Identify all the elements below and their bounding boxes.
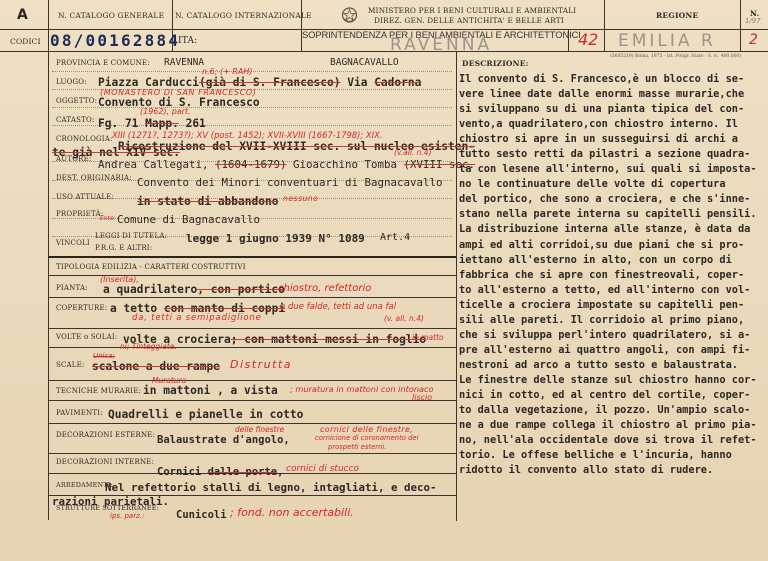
volte-label: VOLTE o SOLAI:	[56, 333, 117, 341]
rule-desc	[456, 51, 457, 521]
autore-label: AUTORE:	[56, 155, 92, 163]
luogo-label: LUOGO:	[56, 78, 87, 86]
pianta-value: a quadrilatero, con portico	[103, 283, 285, 296]
catasto-note: (1962), part.	[140, 107, 191, 116]
tecniche-text: in mattoni , a vista	[143, 384, 278, 397]
proprieta-note: Ente:	[100, 215, 116, 222]
decorazioni-interne-struck: dalle porte	[208, 466, 278, 478]
ministry-line-2: DIREZ. GEN. DELLE ANTICHITA' E BELLE ART…	[374, 16, 564, 25]
dest-originaria-label: DEST. ORIGINARIA:	[56, 174, 132, 182]
header-rule-2	[0, 51, 768, 52]
catasto-text-b: 261	[179, 117, 206, 130]
coperture-note-3: (v. all. n.4)	[384, 314, 424, 323]
pianta-text: a quadrilatero	[103, 283, 197, 296]
decorazioni-esterne-label: DECORAZIONI ESTERNE:	[56, 431, 155, 439]
autore-text-b: Gioacchino Tomba	[287, 158, 404, 171]
decorazioni-esterne-note-3: prospetti esterni.	[328, 443, 386, 451]
vincoli-label: VINCOLI	[56, 239, 90, 247]
descrizione-line: ampi ed alti corridoi,su due piani che s…	[459, 238, 764, 253]
scale-note-top: Unica;	[93, 352, 115, 360]
catalogo-internazionale-label: N. CATALOGO INTERNAZIONALE	[175, 11, 312, 20]
prg-label: P.R.G. E ALTRI:	[95, 244, 152, 252]
descrizione-line: to all'esterno a tetto, ed all'interno c…	[459, 283, 764, 298]
uso-attuale-struck: in stato di abbandono	[137, 195, 278, 208]
decorazioni-esterne-note-2: cornicione di coronamento dei	[315, 434, 418, 442]
tecniche-note-2: liscio	[412, 393, 432, 402]
provincia-value: RAVENNA	[164, 57, 204, 68]
descrizione-line: to dalla vegetazione, il pozzo. Un'ampio…	[459, 403, 764, 418]
strutture-note-left: ips. parz.:	[110, 512, 144, 520]
descrizione-line: del portico, che sono a crociera, e che …	[459, 192, 764, 207]
rule-regione	[604, 0, 605, 51]
rule-dec-est	[48, 453, 456, 454]
rule-n	[740, 0, 741, 51]
provincia-label: PROVINCIA E COMUNE:	[56, 59, 150, 67]
coperture-note: a due falde, tetti ad una fal	[280, 302, 396, 312]
strutture-label: STRUTTURE SOTTERRANEE:	[56, 504, 159, 512]
proprieta-value: Comune di Bagnacavallo	[117, 213, 260, 226]
tipologia-label: TIPOLOGIA EDILIZIA - CARATTERI COSTRUTTI…	[56, 263, 246, 271]
descrizione-label: DESCRIZIONE:	[462, 59, 529, 68]
pavimenti-label: PAVIMENTI:	[56, 409, 103, 417]
vincoli-law: legge 1 giugno 1939 N° 1089	[186, 232, 365, 245]
cronologia-label: CRONOLOGIA:	[56, 135, 113, 143]
soprintendenza-code: 42	[578, 30, 598, 49]
rule-cat-int	[301, 0, 302, 51]
autore-struck: (1604-1679)	[215, 158, 287, 171]
uso-attuale-note: nessuno	[283, 194, 318, 203]
regione-value: EMILIA R	[618, 31, 716, 51]
provincia-text: RAVENNA	[164, 57, 204, 68]
uso-attuale-label: USO ATTUALE:	[56, 193, 114, 201]
decorazioni-esterne-note: cornici delle finestre,	[320, 425, 413, 434]
decorazioni-esterne-value: Balaustrate d'angolo,	[157, 434, 290, 446]
decorazioni-interne-label: DECORAZIONI INTERNE:	[56, 458, 154, 466]
coperture-note-2: da, tetti a semipadiglione	[132, 313, 262, 323]
pianta-note: chiostro, refettorio	[278, 283, 371, 294]
catasto-label: CATASTO:	[56, 116, 95, 124]
descrizione-line: pre all'esterno ai quattro angoli, con a…	[459, 343, 764, 358]
volte-note: in matto	[412, 333, 444, 342]
dest-originaria-value: Convento dei Minori conventuari di Bagna…	[137, 176, 443, 189]
rule-pianta	[48, 297, 456, 298]
decorazioni-interne-text-b: ,	[277, 466, 283, 478]
n-note: 1/97	[745, 17, 761, 25]
cronologia-note-2: (v.all. n.4)	[394, 148, 432, 157]
pavimenti-text: Quadrelli e pianelle in cotto	[108, 408, 303, 421]
decorazioni-interne-note: cornici di stucco	[286, 464, 359, 474]
strutture-value: Cunicoli	[176, 509, 227, 521]
catalogo-generale-value: 08/00162884	[50, 31, 180, 50]
descrizione-line: Il convento di S. Francesco,è un blocco …	[459, 72, 764, 87]
left-column-rule	[48, 0, 49, 520]
rule-scale	[48, 380, 456, 381]
descrizione-line: La distribuzione interna alle stanze, è …	[459, 222, 764, 237]
luogo-note: n.6; (+ RAH)	[202, 67, 252, 76]
descrizione-text: Il convento di S. Francesco,è un blocco …	[459, 72, 764, 478]
printer-note: (5605219) Roma, 1975 - Ist. Poligr. Stat…	[610, 54, 741, 59]
decorazioni-interne-value: Cornici dalle porte,	[157, 466, 283, 478]
catasto-value: Fg. 71 Mapp. 261	[98, 117, 206, 130]
vincoli-value: legge 1 giugno 1939 N° 1089	[186, 232, 365, 245]
catasto-struck: Mapp.	[145, 117, 179, 130]
cronologia-note: XIII (1271?, 1273?); XV (post. 1452); XV…	[112, 130, 383, 140]
vincoli-article: Art.4	[380, 232, 410, 243]
rule-pavimenti	[48, 423, 456, 424]
scale-note: Distrutta	[230, 358, 292, 371]
codici-label: CODICI	[10, 37, 41, 46]
leggi-tutela-label: LEGGI DI TUTELA:	[95, 232, 167, 240]
rule-volte	[48, 347, 456, 348]
descrizione-line: che si sviluppa perl'intero quadrilatero…	[459, 328, 764, 343]
oggetto-label: OGGETTO:	[56, 97, 97, 105]
catalogo-generale-label: N. CATALOGO GENERALE	[58, 11, 164, 20]
italian-republic-emblem-icon	[341, 6, 358, 25]
descrizione-line: fabbrica che si apre con finestreovali, …	[459, 268, 764, 283]
strutture-note: ; fond. non accertabili.	[230, 506, 354, 519]
descrizione-line: sili alle pareti. Il corridoio al primo …	[459, 313, 764, 328]
form-letter: A	[17, 7, 28, 23]
descrizione-line: si sviluppano su di una pianta tipica de…	[459, 102, 764, 117]
catasto-text: Fg. 71	[98, 117, 145, 130]
descrizione-line: ridotto il convento allo stato di rudere…	[459, 463, 764, 478]
luogo-text-b: Via	[341, 76, 375, 89]
decorazioni-esterne-note-top: delle finestre	[235, 425, 284, 434]
descrizione-line: nestroni ad arco a tutto sesto e balaust…	[459, 358, 764, 373]
descrizione-line: no le continuature delle volte di copert…	[459, 177, 764, 192]
catalogo-internazionale-value: ITA:	[178, 36, 197, 46]
soprintendenza-value: RAVENNA	[390, 35, 492, 55]
volte-struck: ; con mattoni messi in foglio	[231, 333, 426, 346]
proprieta-label: PROPRIETÀ:	[56, 210, 103, 218]
autore-text: Andrea Callegati,	[98, 158, 215, 171]
descrizione-line: vere linee date dalle enormi masse murar…	[459, 87, 764, 102]
pavimenti-value: Quadrelli e pianelle in cotto	[108, 408, 303, 421]
tecniche-value: in mattoni , a vista	[143, 384, 278, 397]
decorazioni-esterne-text: Balaustrate d'angolo,	[157, 434, 290, 446]
arredamenti-value: Nel refettorio stalli di legno, intaglia…	[105, 481, 437, 494]
descrizione-line: iettano all'esterno in alto, con un corp…	[459, 253, 764, 268]
rule-vincoli-bottom	[48, 256, 456, 258]
n-value: 2	[749, 32, 758, 48]
ministry-line-1: MINISTERO PER I BENI CULTURALI E AMBIENT…	[368, 6, 576, 15]
luogo-struck-2: Cadorna	[374, 76, 421, 89]
autore-value: Andrea Callegati, (1604-1679) Gioacchino…	[98, 158, 475, 171]
descrizione-line: stano nella parete interna su capitelli …	[459, 207, 764, 222]
descrizione-line: vento,a quadrilatero,con chiostro intern…	[459, 117, 764, 132]
tecniche-label: TECNICHE MURARIE:	[56, 387, 141, 395]
descrizione-line: chiostro si apre in un susseguirsi di ar…	[459, 132, 764, 147]
descrizione-line: ticelle a crociera impostate su capitell…	[459, 298, 764, 313]
regione-label: REGIONE	[656, 11, 698, 20]
arredamenti-text: Nel refettorio stalli di legno, intaglia…	[105, 481, 437, 494]
descrizione-line: ta con lesene all'interno, sui quali si …	[459, 162, 764, 177]
scale-struck: scalone a due rampe	[92, 360, 220, 373]
rule-tecniche	[48, 400, 456, 401]
pianta-label: PIANTA:	[56, 284, 88, 292]
pianta-struck: , con portico	[197, 283, 285, 296]
descrizione-line: nici in cotto, ed al centro del cortile,…	[459, 388, 764, 403]
coperture-label: COPERTURE:	[56, 304, 107, 312]
comune-value: BAGNACAVALLO	[330, 57, 399, 68]
decorazioni-interne-text: Cornici	[157, 466, 208, 478]
descrizione-line: no, nell'ala occidentale dove si trova i…	[459, 433, 764, 448]
descrizione-line: torio. Le offese belliche e l'incuria, h…	[459, 448, 764, 463]
descrizione-line: Le finestre delle stanze sul chiostro ha…	[459, 373, 764, 388]
rule-coperture	[48, 328, 456, 329]
scale-label: SCALE:	[56, 361, 85, 369]
volte-note-2: ni; Tinteggiate.	[120, 342, 177, 351]
scale-value: scalone a due rampe	[92, 360, 220, 373]
uso-attuale-value: in stato di abbandono	[137, 195, 278, 208]
descrizione-line: tutto sesto retti da pilastri a sezione …	[459, 147, 764, 162]
strutture-text: Cunicoli	[176, 509, 227, 521]
descrizione-line: ne a due rampe collega il chiostro al pr…	[459, 418, 764, 433]
